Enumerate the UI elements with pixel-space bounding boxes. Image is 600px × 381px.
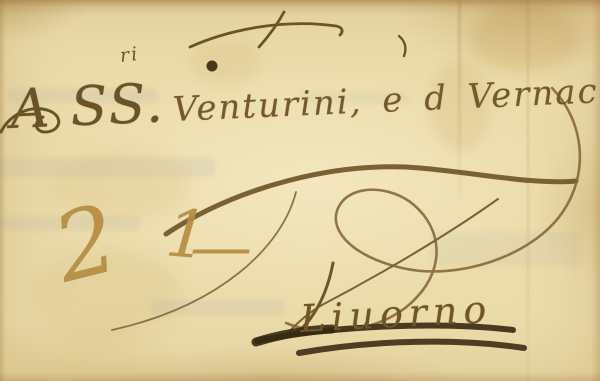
comma-flourish — [399, 36, 405, 56]
showthrough-band — [150, 300, 285, 315]
paper-stain — [430, 60, 490, 150]
address-recipients: Venturini, e d Vernaccia — [172, 69, 600, 130]
showthrough-band — [430, 232, 580, 266]
showthrough-band — [8, 88, 158, 103]
tail-flourish — [112, 192, 296, 330]
address-initial: A SS. — [9, 71, 166, 141]
address-superscript: ri — [119, 43, 140, 67]
address-line: A SS.Venturini, e d Vernaccia — [9, 50, 600, 141]
fold-crease — [458, 0, 461, 200]
handwriting-flourishes — [0, 0, 600, 381]
fold-crease — [527, 0, 529, 381]
oval-flourish — [286, 88, 580, 331]
rate-glyph-1: 2 — [44, 184, 128, 304]
showthrough-band — [0, 216, 140, 231]
livorno-l-stroke — [295, 263, 333, 334]
letter-cover-scan: ri A SS.Venturini, e d Vernaccia 2 1 — L… — [0, 0, 600, 381]
livorno-underline-blob — [256, 329, 332, 342]
livorno-underline-1 — [257, 326, 513, 341]
showthrough-band — [0, 158, 215, 177]
destination-name: Liuorno — [299, 287, 493, 341]
invocation-cross-mark — [190, 12, 342, 47]
ink-blot — [207, 61, 218, 72]
rate-glyph-2: 1 — [163, 194, 212, 274]
paper-stain — [470, 4, 580, 74]
address-entry-swash — [1, 109, 59, 132]
showthrough-band — [300, 92, 410, 104]
central-swash — [166, 167, 576, 234]
diagonal-flourish — [287, 199, 498, 334]
rate-glyph-3: — — [190, 210, 248, 283]
livorno-underline-2 — [299, 342, 524, 353]
paper-stain — [50, 150, 190, 220]
paper-stain — [30, 250, 180, 340]
paper-stain — [190, 40, 260, 84]
